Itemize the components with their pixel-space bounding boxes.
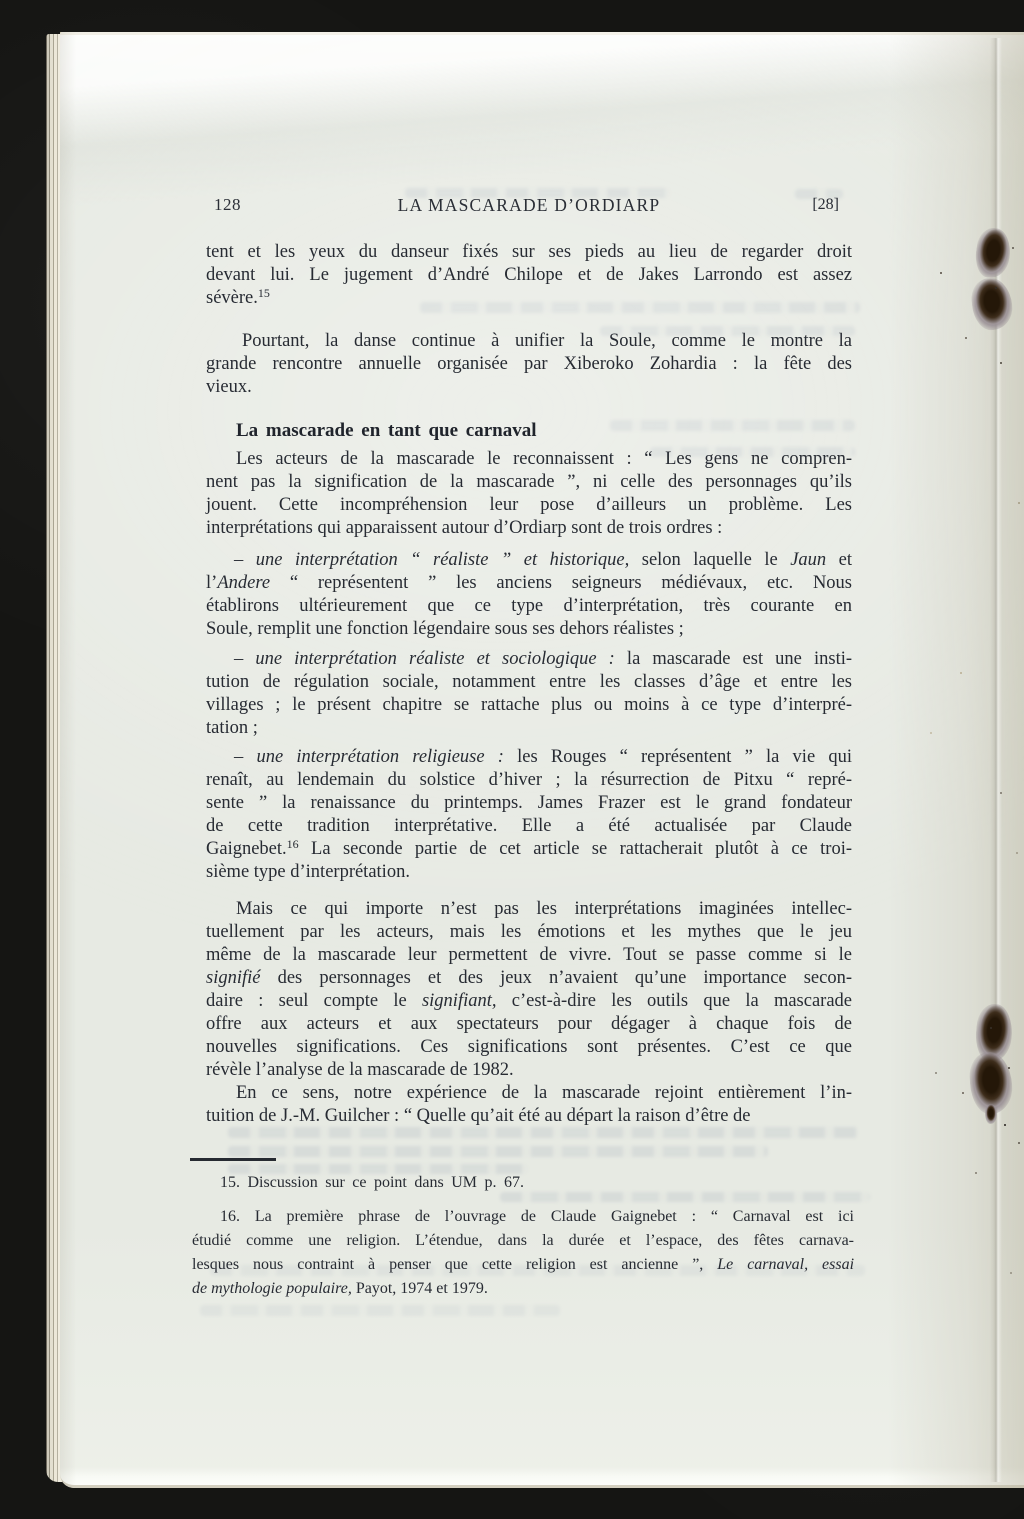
text-line: sévère.15 xyxy=(206,287,852,310)
paragraph-mais-ce-qui-importe: Mais ce qui importe n’est pas les interp… xyxy=(206,898,852,1082)
text-run: 15. Discussion sur ce point dans UM p. 6… xyxy=(220,1174,524,1191)
text-run: établirons ultérieurement que ce type d’… xyxy=(206,596,852,616)
text-run: sième type d’interprétation. xyxy=(206,862,410,882)
text-run: tuition de J.-M. Guilcher : “ Quelle qu’… xyxy=(206,1106,751,1126)
text-run: – xyxy=(234,550,256,570)
text-run: nouvelles significations. Ces significat… xyxy=(206,1037,852,1057)
book-page: 128 LA MASCARADE D’ORDIARP [28] tent et … xyxy=(60,32,1024,1488)
text-run: La seconde partie de cet article se ratt… xyxy=(299,839,852,859)
text-run: sévère. xyxy=(206,288,258,308)
text-run: “ représentent ” les anciens seigneurs m… xyxy=(270,573,852,593)
text-run: c’est-à-dire les outils que la mascarade xyxy=(497,991,853,1011)
text-line: grande rencontre annuelle organisée par … xyxy=(206,353,852,376)
text-line: établirons ultérieurement que ce type d’… xyxy=(206,595,852,618)
text-run: grande rencontre annuelle organisée par … xyxy=(206,354,852,374)
text-run: et xyxy=(826,550,852,570)
text-line: Pourtant, la danse continue à unifier la… xyxy=(206,330,852,353)
footnotes: 15. Discussion sur ce point dans UM p. 6… xyxy=(192,1171,854,1301)
footnote-15: 15. Discussion sur ce point dans UM p. 6… xyxy=(192,1171,854,1195)
bleedthrough-ghost xyxy=(228,1127,858,1138)
scanned-book-photo: 128 LA MASCARADE D’ORDIARP [28] tent et … xyxy=(0,0,1024,1519)
bracket-page-number: [28] xyxy=(812,196,839,214)
text-run: Payot, 1974 et 1979. xyxy=(352,1280,488,1297)
text-line: tuellement par les acteurs, mais les émo… xyxy=(206,921,852,944)
text-run: la mascarade est une insti- xyxy=(615,649,852,669)
text-line: l’Andere “ représentent ” les anciens se… xyxy=(206,572,852,595)
text-line: villages ; le présent chapitre se rattac… xyxy=(206,694,852,717)
text-run: tution de régulation sociale, notamment … xyxy=(206,672,852,692)
text-line: vieux. xyxy=(206,376,852,399)
bleedthrough-ghost xyxy=(200,1305,560,1316)
text-line: même de la mascarade leur permettent de … xyxy=(206,944,852,967)
text-run: Andere xyxy=(217,573,270,593)
text-run: Soule, remplit une fonction légendaire s… xyxy=(206,619,684,639)
text-run: de mythologie populaire, xyxy=(192,1280,352,1297)
text-run: signifiant, xyxy=(422,991,497,1011)
text-line: Mais ce qui importe n’est pas les interp… xyxy=(206,898,852,921)
text-line: tution de régulation sociale, notamment … xyxy=(206,671,852,694)
text-line: 15. Discussion sur ce point dans UM p. 6… xyxy=(192,1171,854,1195)
text-run: sente ” la renaissance du printemps. Jam… xyxy=(206,793,852,813)
text-run: révèle l’analyse de la mascarade de 1982… xyxy=(206,1060,514,1080)
text-run: – xyxy=(234,649,255,669)
text-line: sième type d’interprétation. xyxy=(206,861,852,884)
text-line: 16. La première phrase de l’ouvrage de C… xyxy=(192,1205,854,1229)
text-run: Jaun xyxy=(790,550,826,570)
paragraph-continuation: tent et les yeux du danseur fixés sur se… xyxy=(206,241,852,310)
text-run: offre aux acteurs et aux spectateurs pou… xyxy=(206,1014,852,1034)
paragraph-en-ce-sens: En ce sens, notre expérience de la masca… xyxy=(206,1082,852,1128)
text-run: selon laquelle le xyxy=(629,550,790,570)
text-run: devant lui. Le jugement d’André Chilope … xyxy=(206,265,852,285)
text-line: nouvelles significations. Ces significat… xyxy=(206,1036,852,1059)
text-line: Les acteurs de la mascarade le reconnais… xyxy=(206,448,852,471)
text-run: signifié xyxy=(206,968,260,988)
text-run: Mais ce qui importe n’est pas les interp… xyxy=(236,899,852,919)
text-line: étudié comme une religion. L’étendue, da… xyxy=(192,1229,854,1253)
footnote-marker: 15 xyxy=(258,286,270,300)
text-line: lesques nous contraint à penser que cett… xyxy=(192,1253,854,1277)
text-run: vieux. xyxy=(206,377,252,397)
page-header: 128 LA MASCARADE D’ORDIARP [28] xyxy=(206,195,852,221)
section-heading: La mascarade en tant que carnaval xyxy=(206,418,852,444)
text-run: tation ; xyxy=(206,718,258,738)
text-run: villages ; le présent chapitre se rattac… xyxy=(206,695,852,715)
paragraph-pourtant: Pourtant, la danse continue à unifier la… xyxy=(206,330,852,399)
text-line: Gaignebet.16 La seconde partie de cet ar… xyxy=(206,838,852,861)
text-line: tation ; xyxy=(206,717,852,740)
text-line: renaît, au lendemain du solstice d’hiver… xyxy=(206,769,852,792)
text-line: tent et les yeux du danseur fixés sur se… xyxy=(206,241,852,264)
footnote-separator xyxy=(190,1158,276,1161)
dust-specks xyxy=(60,32,62,34)
text-run: Gaignebet. xyxy=(206,839,287,859)
text-run: une interprétation réaliste et sociologi… xyxy=(255,649,615,669)
text-run: étudié comme une religion. L’étendue, da… xyxy=(192,1232,854,1249)
text-line: nent pas la signification de la mascarad… xyxy=(206,471,852,494)
text-line: daire : seul compte le signifiant, c’est… xyxy=(206,990,852,1013)
text-line: de cette tradition interprétative. Elle … xyxy=(206,815,852,838)
footnote-16: 16. La première phrase de l’ouvrage de C… xyxy=(192,1205,854,1301)
text-run: La mascarade en tant que carnaval xyxy=(236,420,537,441)
text-line: offre aux acteurs et aux spectateurs pou… xyxy=(206,1013,852,1036)
text-line: tuition de J.-M. Guilcher : “ Quelle qu’… xyxy=(206,1105,852,1128)
text-line: jouent. Cette incompréhension leur pose … xyxy=(206,494,852,517)
text-line: signifié des personnages et des jeux n’a… xyxy=(206,967,852,990)
ink-stain xyxy=(969,276,1014,332)
body-text: tent et les yeux du danseur fixés sur se… xyxy=(206,241,852,1128)
text-run: 16. La première phrase de l’ouvrage de C… xyxy=(220,1208,854,1225)
bleedthrough-ghost xyxy=(228,1146,768,1157)
text-run: nent pas la signification de la mascarad… xyxy=(206,472,852,492)
text-run: de cette tradition interprétative. Elle … xyxy=(206,816,852,836)
text-run: renaît, au lendemain du solstice d’hiver… xyxy=(206,770,852,790)
footnote-marker: 16 xyxy=(287,837,299,851)
text-line: sente ” la renaissance du printemps. Jam… xyxy=(206,792,852,815)
text-line: de mythologie populaire, Payot, 1974 et … xyxy=(192,1277,854,1301)
running-title: LA MASCARADE D’ORDIARP xyxy=(206,195,852,216)
text-line: – une interprétation “ réaliste ” et his… xyxy=(206,549,852,572)
text-run: Le carnaval, essai xyxy=(717,1256,854,1273)
text-run: même de la mascarade leur permettent de … xyxy=(206,945,852,965)
paragraph-les-acteurs: Les acteurs de la mascarade le reconnais… xyxy=(206,448,852,540)
text-run: l’ xyxy=(206,573,217,593)
text-line: interprétations qui apparaissent autour … xyxy=(206,517,852,540)
text-line: – une interprétation religieuse : les Ro… xyxy=(206,746,852,769)
text-line: La mascarade en tant que carnaval xyxy=(206,418,852,444)
text-run: Pourtant, la danse continue à unifier la… xyxy=(242,331,852,351)
text-run: les Rouges “ représentent ” la vie qui xyxy=(504,747,852,767)
text-line: Soule, remplit une fonction légendaire s… xyxy=(206,618,852,641)
bullet-interpretation-historique: – une interprétation “ réaliste ” et his… xyxy=(206,549,852,641)
text-run: lesques nous contraint à penser que cett… xyxy=(192,1256,717,1273)
bullet-interpretation-sociologique: – une interprétation réaliste et sociolo… xyxy=(206,648,852,740)
text-run: Les acteurs de la mascarade le reconnais… xyxy=(236,449,852,469)
text-run: interprétations qui apparaissent autour … xyxy=(206,518,722,538)
text-line: En ce sens, notre expérience de la masca… xyxy=(206,1082,852,1105)
text-run: daire : seul compte le xyxy=(206,991,422,1011)
text-run: des personnages et des jeux n’avaient qu… xyxy=(260,968,852,988)
text-run: tuellement par les acteurs, mais les émo… xyxy=(206,922,852,942)
text-run: En ce sens, notre expérience de la masca… xyxy=(236,1083,852,1103)
text-line: – une interprétation réaliste et sociolo… xyxy=(206,648,852,671)
text-run: – xyxy=(234,747,256,767)
text-run: jouent. Cette incompréhension leur pose … xyxy=(206,495,852,515)
text-line: révèle l’analyse de la mascarade de 1982… xyxy=(206,1059,852,1082)
ink-stain xyxy=(973,226,1014,280)
text-run: une interprétation “ réaliste ” et histo… xyxy=(256,550,630,570)
ink-stain xyxy=(985,1104,997,1124)
text-run: tent et les yeux du danseur fixés sur se… xyxy=(206,242,852,262)
bullet-interpretation-religieuse: – une interprétation religieuse : les Ro… xyxy=(206,746,852,884)
text-line: devant lui. Le jugement d’André Chilope … xyxy=(206,264,852,287)
text-run: une interprétation religieuse : xyxy=(256,747,504,767)
